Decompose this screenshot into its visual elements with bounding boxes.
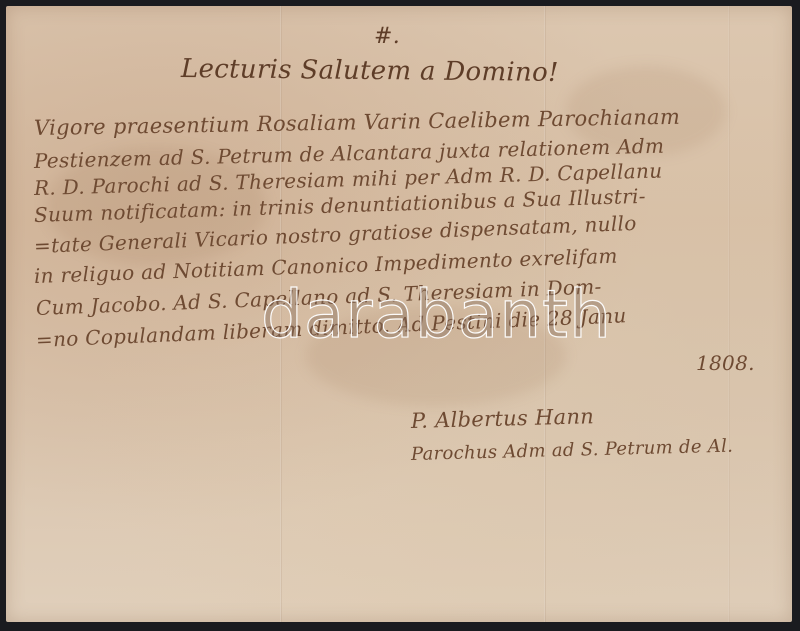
salutation: Lecturis Salutem a Domino! bbox=[181, 54, 559, 88]
scan-background: #. Lecturis Salutem a Domino! Vigore pra… bbox=[0, 0, 800, 631]
date-year: 1808. bbox=[696, 351, 755, 375]
heading-mark: #. bbox=[374, 24, 400, 49]
paper-fold-line bbox=[728, 6, 730, 622]
paper-fold-line bbox=[280, 6, 282, 622]
signature-title: Parochus Adm ad S. Petrum de Al. bbox=[411, 436, 734, 465]
signature-name: P. Albertus Hann bbox=[411, 404, 595, 433]
manuscript-paper: #. Lecturis Salutem a Domino! Vigore pra… bbox=[6, 6, 792, 622]
